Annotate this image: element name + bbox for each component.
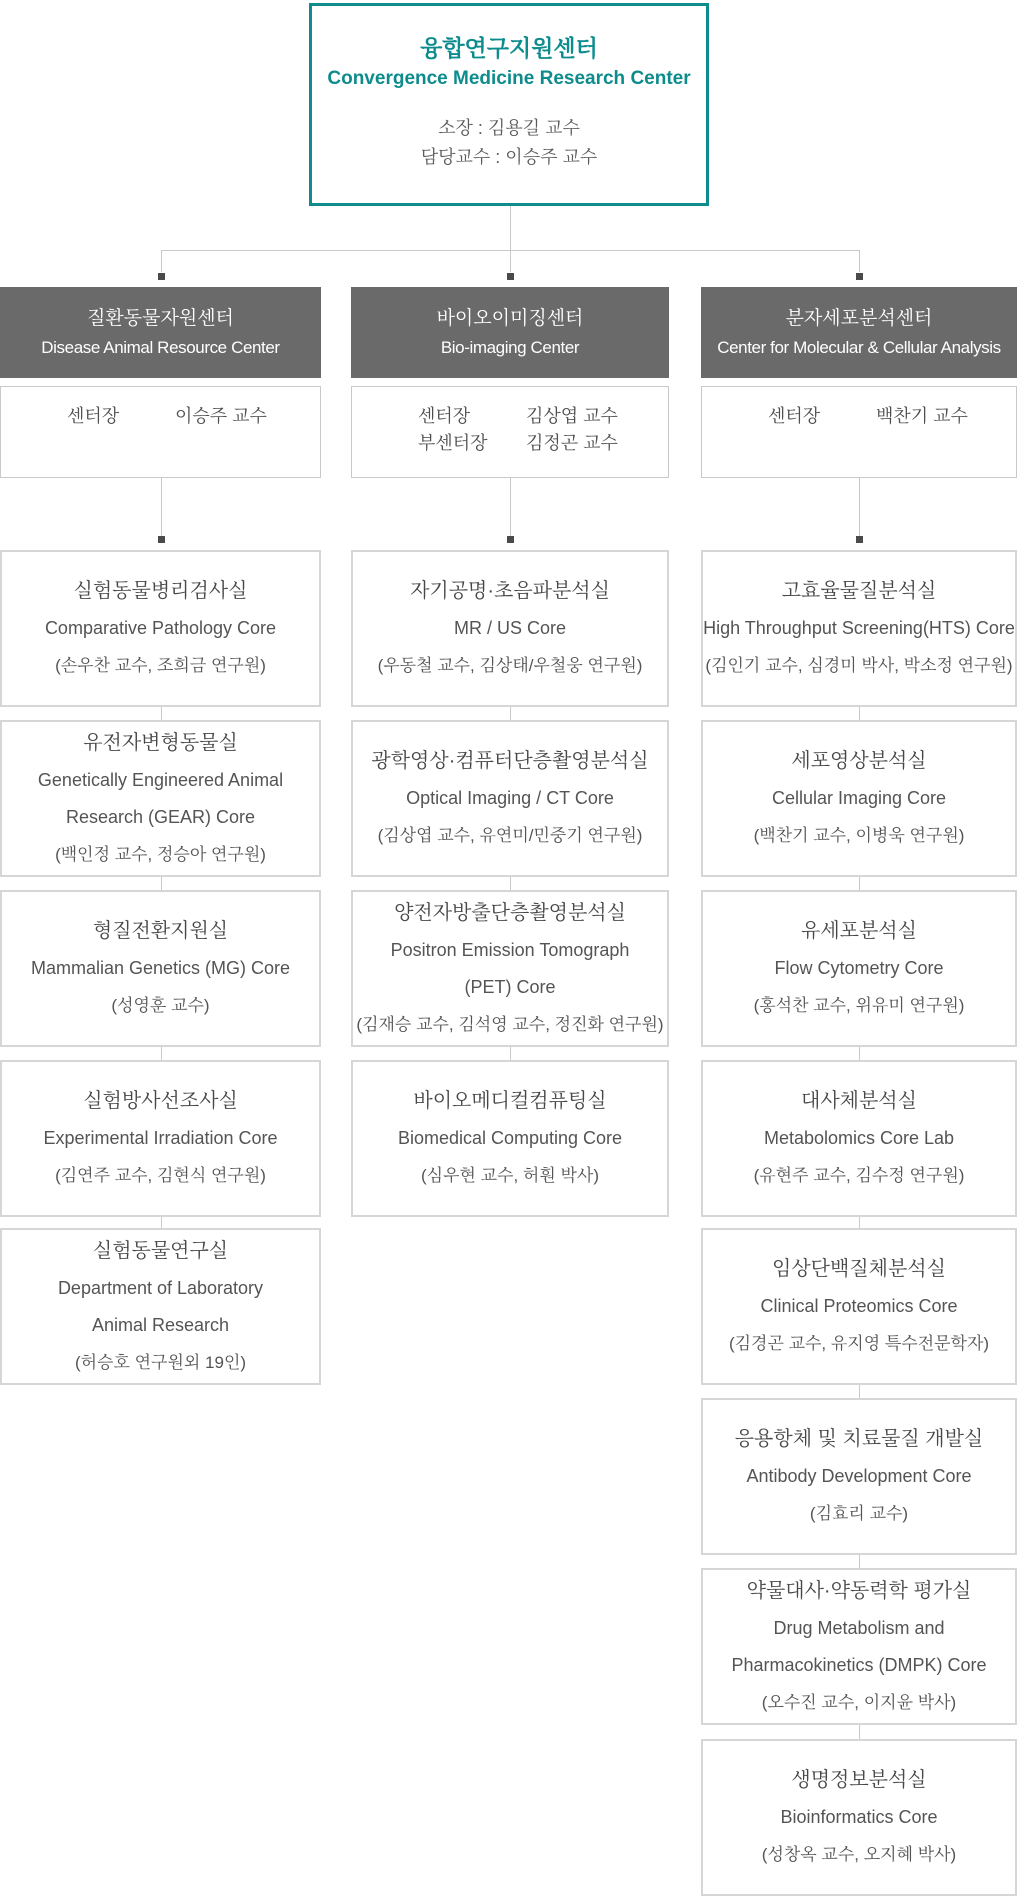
connector-vline: [161, 877, 162, 890]
center-header: 질환동물자원센터Disease Animal Resource Center: [0, 287, 321, 378]
root-center-box: 융합연구지원센터 Convergence Medicine Research C…: [309, 3, 709, 206]
lab-title-ko: 약물대사·약동력학 평가실: [747, 1573, 972, 1610]
lab-title-en: Biomedical Computing Core: [398, 1120, 622, 1157]
lab-box: 응용항체 및 치료물질 개발실Antibody Development Core…: [701, 1398, 1017, 1555]
connector-vline: [161, 478, 162, 536]
lab-box: 세포영상분석실Cellular Imaging Core(백찬기 교수, 이병욱…: [701, 720, 1017, 877]
leader-row: 부센터장김정곤 교수: [352, 430, 668, 457]
lab-people: (손우찬 교수, 조희금 연구원): [55, 647, 266, 684]
connector-vline: [859, 250, 860, 272]
lab-title-ko: 자기공명·초음파분석실: [410, 573, 610, 610]
connector-vline: [859, 707, 860, 720]
lab-title-en: Animal Research: [92, 1307, 229, 1344]
lab-title-en: Flow Cytometry Core: [774, 950, 943, 987]
connector-marker: [856, 273, 863, 280]
lab-title-en: Drug Metabolism and: [773, 1610, 944, 1647]
lab-people: (유현주 교수, 김수정 연구원): [754, 1157, 965, 1194]
center-name-en: Center for Molecular & Cellular Analysis: [717, 334, 1001, 362]
leader-name: 이승주 교수: [175, 403, 320, 430]
leader-box: 센터장이승주 교수: [0, 386, 321, 478]
lab-box: 자기공명·초음파분석실MR / US Core(우동철 교수, 김상태/우철웅 …: [351, 550, 669, 707]
lab-people: (김효리 교수): [810, 1495, 908, 1532]
lab-box: 바이오메디컬컴퓨팅실Biomedical Computing Core(심우현 …: [351, 1060, 669, 1217]
lab-box: 약물대사·약동력학 평가실Drug Metabolism andPharmaco…: [701, 1568, 1017, 1725]
lab-title-en: Research (GEAR) Core: [66, 799, 255, 836]
connector-vline: [510, 250, 511, 272]
connector-vline: [859, 1217, 860, 1228]
lab-people: (성영훈 교수): [111, 987, 209, 1024]
connector-vline: [859, 1385, 860, 1398]
lab-people: (홍석찬 교수, 위유미 연구원): [754, 987, 965, 1024]
connector-vline: [859, 1725, 860, 1739]
lab-title-en: High Throughput Screening(HTS) Core: [703, 610, 1015, 647]
lab-title-ko: 유세포분석실: [801, 913, 917, 950]
lab-title-en: Pharmacokinetics (DMPK) Core: [731, 1647, 986, 1684]
center-name-ko: 분자세포분석센터: [786, 303, 933, 334]
leader-name: 백찬기 교수: [876, 403, 1016, 430]
lab-title-ko: 실험방사선조사실: [83, 1083, 238, 1120]
lab-people: (백인정 교수, 정승아 연구원): [55, 836, 266, 873]
lab-people: (김연주 교수, 김현식 연구원): [55, 1157, 266, 1194]
lab-title-en: Comparative Pathology Core: [45, 610, 276, 647]
lab-people: (허승호 연구원외 19인): [75, 1344, 246, 1381]
lab-title-en: Cellular Imaging Core: [772, 780, 946, 817]
lab-people: (김경곤 교수, 유지영 특수전문학자): [729, 1325, 989, 1362]
root-manager-line: 담당교수 : 이승주 교수: [312, 143, 706, 172]
lab-title-ko: 유전자변형동물실: [83, 725, 238, 762]
lab-title-en: Experimental Irradiation Core: [43, 1120, 277, 1157]
lab-title-en: Clinical Proteomics Core: [760, 1288, 957, 1325]
lab-box: 광학영상·컴퓨터단층촬영분석실Optical Imaging / CT Core…: [351, 720, 669, 877]
lab-box: 생명정보분석실Bioinformatics Core(성창옥 교수, 오지혜 박…: [701, 1739, 1017, 1896]
lab-box: 형질전환지원실Mammalian Genetics (MG) Core(성영훈 …: [0, 890, 321, 1047]
leader-row: 센터장백찬기 교수: [702, 403, 1016, 430]
connector-marker: [507, 536, 514, 543]
leader-row: 센터장김상엽 교수: [352, 403, 668, 430]
lab-title-ko: 응용항체 및 치료물질 개발실: [735, 1421, 984, 1458]
lab-people: (우동철 교수, 김상태/우철웅 연구원): [378, 647, 643, 684]
lab-title-ko: 세포영상분석실: [791, 743, 926, 780]
lab-title-en: Antibody Development Core: [746, 1458, 971, 1495]
lab-box: 실험동물병리검사실Comparative Pathology Core(손우찬 …: [0, 550, 321, 707]
connector-vline: [510, 1047, 511, 1060]
lab-title-en: Department of Laboratory: [58, 1270, 263, 1307]
lab-box: 유전자변형동물실Genetically Engineered AnimalRes…: [0, 720, 321, 877]
lab-title-ko: 고효율물질분석실: [782, 573, 937, 610]
lab-people: (김재승 교수, 김석영 교수, 정진화 연구원): [356, 1006, 663, 1043]
root-title-ko: 융합연구지원센터: [312, 33, 706, 64]
leader-role: 부센터장: [418, 430, 526, 457]
connector-vline: [510, 877, 511, 890]
connector-vline: [859, 1555, 860, 1568]
connector-marker: [158, 536, 165, 543]
lab-box: 실험방사선조사실Experimental Irradiation Core(김연…: [0, 1060, 321, 1217]
leader-name: 김정곤 교수: [526, 430, 668, 457]
leader-role: 센터장: [67, 403, 175, 430]
leader-name: 김상엽 교수: [526, 403, 668, 430]
lab-title-en: Bioinformatics Core: [780, 1799, 937, 1836]
connector-marker: [158, 273, 165, 280]
leader-role: 센터장: [768, 403, 876, 430]
org-chart: 융합연구지원센터 Convergence Medicine Research C…: [0, 0, 1020, 1898]
lab-box: 실험동물연구실Department of LaboratoryAnimal Re…: [0, 1228, 321, 1385]
connector-vline: [510, 707, 511, 720]
center-name-en: Disease Animal Resource Center: [41, 334, 279, 362]
lab-title-en: Positron Emission Tomograph: [391, 932, 630, 969]
center-name-ko: 질환동물자원센터: [87, 303, 234, 334]
lab-people: (심우현 교수, 허훤 박사): [421, 1157, 599, 1194]
lab-title-en: Mammalian Genetics (MG) Core: [31, 950, 290, 987]
lab-people: (김상엽 교수, 유연미/민중기 연구원): [378, 817, 643, 854]
center-header: 분자세포분석센터Center for Molecular & Cellular …: [701, 287, 1017, 378]
lab-box: 양전자방출단층촬영분석실Positron Emission Tomograph(…: [351, 890, 669, 1047]
lab-title-ko: 실험동물연구실: [93, 1233, 228, 1270]
lab-people: (백찬기 교수, 이병욱 연구원): [754, 817, 965, 854]
lab-title-ko: 임상단백질체분석실: [772, 1251, 946, 1288]
lab-title-ko: 광학영상·컴퓨터단층촬영분석실: [371, 743, 648, 780]
lab-title-en: MR / US Core: [454, 610, 566, 647]
center-header: 바이오이미징센터Bio-imaging Center: [351, 287, 669, 378]
connector-marker: [507, 273, 514, 280]
lab-title-en: Metabolomics Core Lab: [764, 1120, 954, 1157]
lab-people: (성창옥 교수, 오지혜 박사): [762, 1836, 956, 1873]
lab-box: 고효율물질분석실High Throughput Screening(HTS) C…: [701, 550, 1017, 707]
connector-vline: [161, 707, 162, 720]
lab-people: (오수진 교수, 이지윤 박사): [762, 1684, 956, 1721]
center-name-ko: 바이오이미징센터: [437, 303, 584, 334]
connector-vline: [859, 1047, 860, 1060]
leader-row: 센터장이승주 교수: [1, 403, 320, 430]
connector-vline: [510, 478, 511, 536]
root-title-en: Convergence Medicine Research Center: [312, 64, 706, 93]
connector-marker: [856, 536, 863, 543]
lab-box: 대사체분석실Metabolomics Core Lab(유현주 교수, 김수정 …: [701, 1060, 1017, 1217]
lab-title-en: (PET) Core: [464, 969, 555, 1006]
lab-title-ko: 형질전환지원실: [93, 913, 228, 950]
connector-vline: [161, 1047, 162, 1060]
connector-vline: [161, 250, 162, 272]
connector-vline: [161, 1217, 162, 1228]
connector-vline: [510, 206, 511, 250]
lab-title-ko: 생명정보분석실: [791, 1762, 926, 1799]
center-name-en: Bio-imaging Center: [441, 334, 579, 362]
lab-box: 임상단백질체분석실Clinical Proteomics Core(김경곤 교수…: [701, 1228, 1017, 1385]
connector-vline: [859, 478, 860, 536]
leader-role: 센터장: [418, 403, 526, 430]
lab-box: 유세포분석실Flow Cytometry Core(홍석찬 교수, 위유미 연구…: [701, 890, 1017, 1047]
lab-title-ko: 양전자방출단층촬영분석실: [394, 895, 626, 932]
lab-title-ko: 대사체분석실: [801, 1083, 917, 1120]
leader-box: 센터장백찬기 교수: [701, 386, 1017, 478]
lab-title-ko: 실험동물병리검사실: [74, 573, 248, 610]
lab-people: (김인기 교수, 심경미 박사, 박소정 연구원): [705, 647, 1012, 684]
lab-title-en: Optical Imaging / CT Core: [406, 780, 614, 817]
leader-box: 센터장김상엽 교수부센터장김정곤 교수: [351, 386, 669, 478]
connector-vline: [859, 877, 860, 890]
lab-title-ko: 바이오메디컬컴퓨팅실: [413, 1083, 606, 1120]
root-director-line: 소장 : 김용길 교수: [312, 114, 706, 143]
lab-title-en: Genetically Engineered Animal: [38, 762, 283, 799]
